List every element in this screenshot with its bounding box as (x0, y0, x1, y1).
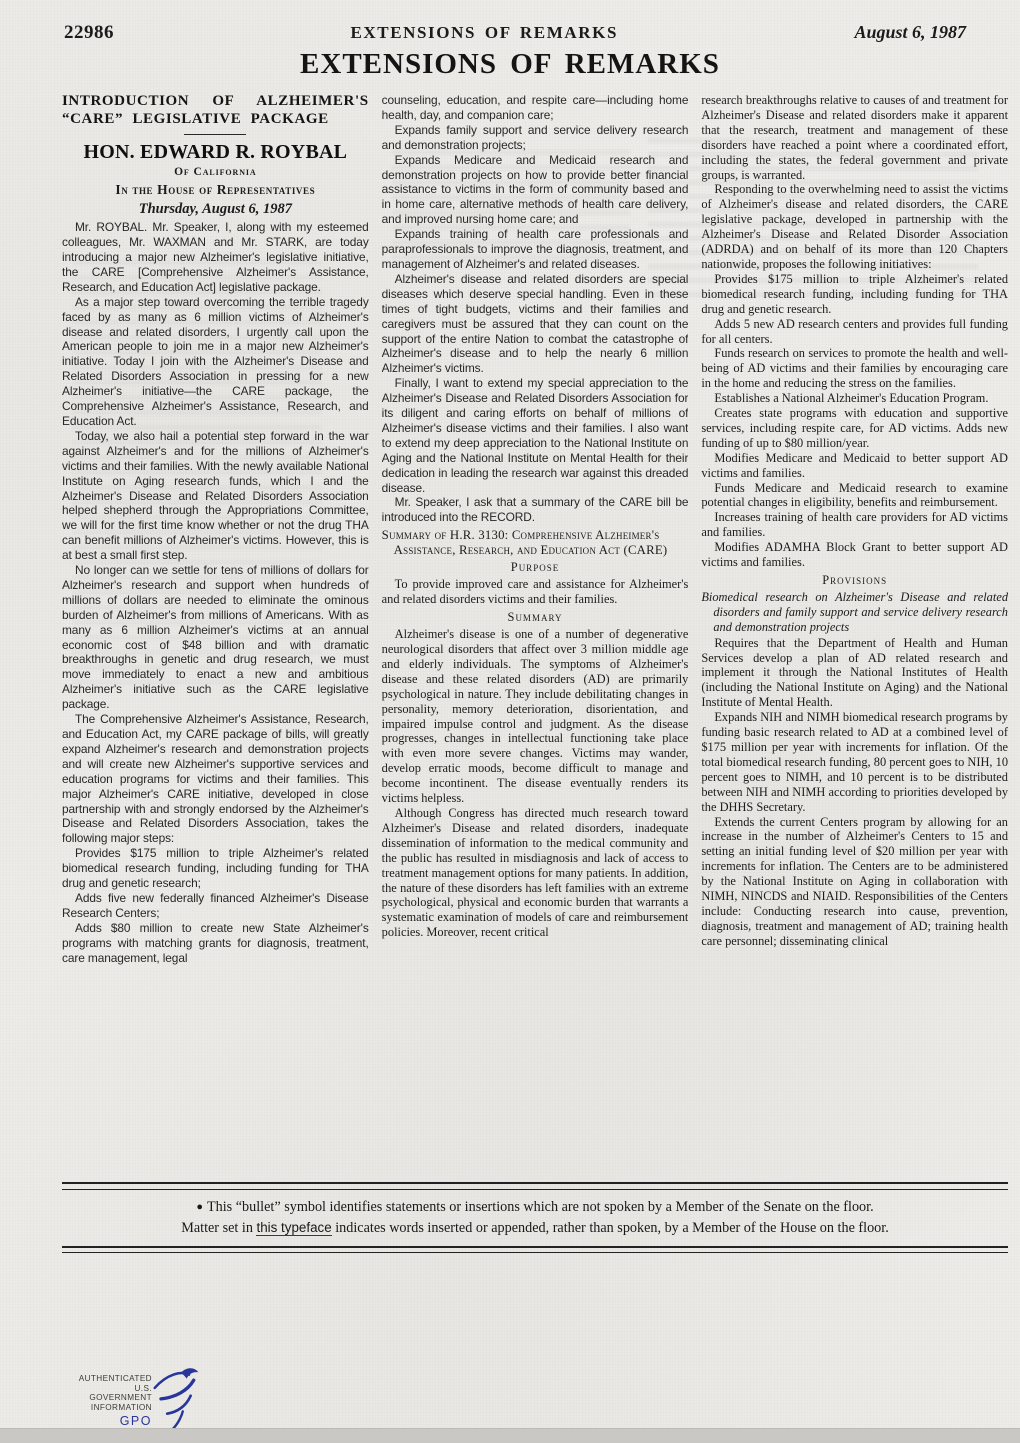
text-block: Mr. ROYBAL. Mr. Speaker, I, along with m… (62, 220, 369, 295)
text-block: Responding to the overwhelming need to a… (701, 182, 1008, 271)
scanner-edge (0, 1429, 1020, 1443)
footer-notes: ●This “bullet” symbol identifies stateme… (62, 1182, 1008, 1253)
text-block: Biomedical research on Alzheimer's Disea… (701, 590, 1008, 635)
text-block: Summary (382, 610, 689, 625)
double-rule-top (62, 1182, 1008, 1190)
gpo-seal-text: AUTHENTICATED U.S. GOVERNMENT INFORMATIO… (70, 1374, 152, 1427)
seal-line: AUTHENTICATED (70, 1374, 152, 1384)
text-block: HON. EDWARD R. ROYBAL (62, 141, 369, 163)
double-rule-bottom (62, 1246, 1008, 1254)
text-block: Alzheimer's disease and related disorder… (382, 272, 689, 376)
text-block: In the House of Representatives (62, 182, 369, 197)
bullet-icon: ● (196, 1201, 203, 1213)
page-number: 22986 (64, 22, 114, 44)
text-block: Modifies ADAMHA Block Grant to better su… (701, 540, 1008, 570)
text-block: Purpose (382, 560, 689, 575)
text-block: Requires that the Department of Health a… (701, 636, 1008, 711)
bullet-note: ●This “bullet” symbol identifies stateme… (62, 1197, 1008, 1217)
text-block: No longer can we settle for tens of mill… (62, 563, 369, 712)
text-block: Provisions (701, 573, 1008, 588)
text-block: Modifies Medicare and Medicaid to better… (701, 451, 1008, 481)
typeface-note-prefix: Matter set in (181, 1220, 256, 1236)
text-block: To provide improved care and assistance … (382, 577, 689, 607)
text-block: Funds research on services to promote th… (701, 346, 1008, 391)
text-block: counseling, education, and respite care—… (382, 93, 689, 123)
typeface-note-suffix: indicates words inserted or appended, ra… (332, 1220, 889, 1236)
text-block: Expands Medicare and Medicaid research a… (382, 153, 689, 228)
text-block: The Comprehensive Alzheimer's Assistance… (62, 712, 369, 846)
text-block: Expands family support and service deliv… (382, 123, 689, 153)
text-block: Increases training of health care provid… (701, 510, 1008, 540)
text-block (184, 134, 246, 135)
text-block: Expands training of health care professi… (382, 227, 689, 272)
congressional-record-page: 22986 EXTENSIONS OF REMARKS August 6, 19… (0, 0, 1020, 1443)
text-block: Provides $175 million to triple Alzheime… (701, 272, 1008, 317)
column-2: counseling, education, and respite care—… (382, 93, 689, 1179)
seal-line: INFORMATION (70, 1403, 152, 1413)
running-title: EXTENSIONS OF REMARKS (350, 23, 618, 43)
seal-line: U.S. GOVERNMENT (70, 1384, 152, 1403)
text-block: Thursday, August 6, 1987 (62, 201, 369, 217)
text-block: Of California (62, 166, 369, 179)
page-header: 22986 EXTENSIONS OF REMARKS August 6, 19… (64, 22, 966, 44)
text-block: research breakthroughs relative to cause… (701, 93, 1008, 182)
column-3: research breakthroughs relative to cause… (701, 93, 1008, 1179)
text-block: Adds five new federally financed Alzheim… (62, 891, 369, 921)
text-block: Provides $175 million to triple Alzheime… (62, 846, 369, 891)
text-block: Establishes a National Alzheimer's Educa… (701, 391, 1008, 406)
typeface-sample: this typeface (256, 1220, 331, 1236)
gpo-logo-text: GPO (70, 1417, 152, 1427)
text-block: Extends the current Centers program by a… (701, 815, 1008, 949)
text-block: Adds $80 million to create new State Alz… (62, 921, 369, 966)
text-block: Finally, I want to extend my special app… (382, 376, 689, 495)
text-block: Expands NIH and NIMH biomedical research… (701, 710, 1008, 814)
text-block: Creates state programs with education an… (701, 406, 1008, 451)
header-date: August 6, 1987 (854, 22, 966, 43)
column-1: INTRODUCTION OF ALZHEIMER'S “CARE” LEGIS… (62, 93, 369, 1179)
text-block: Alzheimer's disease is one of a number o… (382, 627, 689, 806)
text-block: Mr. Speaker, I ask that a summary of the… (382, 495, 689, 525)
bullet-note-text: This “bullet” symbol identifies statemen… (207, 1199, 874, 1215)
text-block: Adds 5 new AD research centers and provi… (701, 317, 1008, 347)
section-title: EXTENSIONS OF REMARKS (0, 48, 1020, 81)
article-columns: INTRODUCTION OF ALZHEIMER'S “CARE” LEGIS… (62, 93, 1008, 1179)
text-block: Although Congress has directed much rese… (382, 806, 689, 940)
text-block: INTRODUCTION OF ALZHEIMER'S “CARE” LEGIS… (62, 93, 369, 128)
text-block: Funds Medicare and Medicaid research to … (701, 481, 1008, 511)
text-block: Today, we also hail a potential step for… (62, 429, 369, 563)
text-block: As a major step toward overcoming the te… (62, 295, 369, 429)
typeface-note: Matter set in this typeface indicates wo… (62, 1218, 1008, 1238)
text-block: Summary of H.R. 3130: Comprehensive Alzh… (382, 528, 689, 557)
gpo-seal: AUTHENTICATED U.S. GOVERNMENT INFORMATIO… (70, 1374, 200, 1436)
